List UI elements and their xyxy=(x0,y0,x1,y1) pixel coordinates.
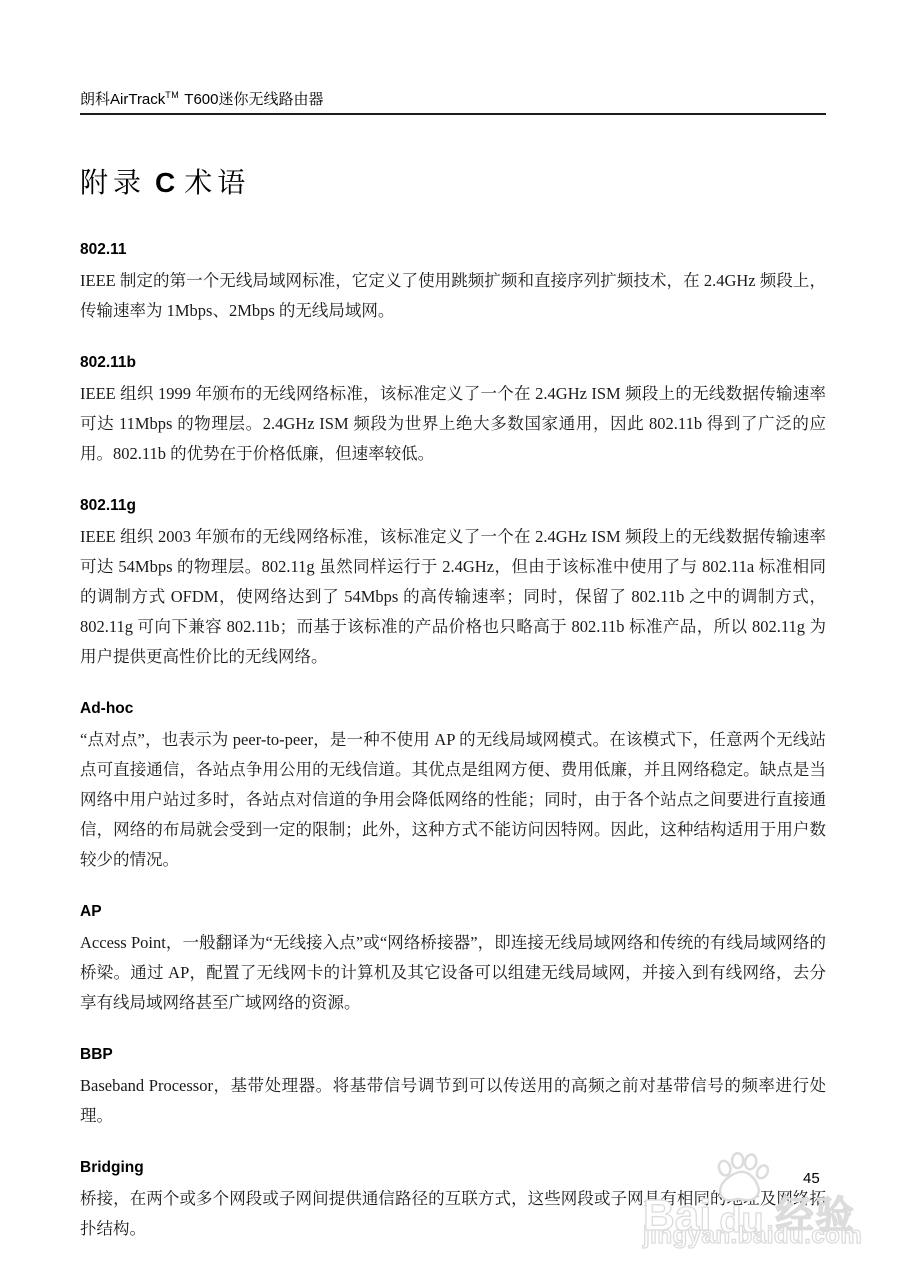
watermark-brand-cn: 经验 xyxy=(775,1195,855,1237)
glossary-section: 802.11g IEEE 组织 2003 年颁布的无线网络标准，该标准定义了一个… xyxy=(80,496,826,672)
trademark-symbol: TM xyxy=(165,90,179,100)
term-definition: IEEE 制定的第一个无线局域网标准，它定义了使用跳频扩频和直接序列扩频技术，在… xyxy=(80,266,826,326)
glossary-section: Ad-hoc “点对点”，也表示为 peer-to-peer，是一种不使用 AP… xyxy=(80,699,826,875)
glossary-section: BBP Baseband Processor，基带处理器。将基带信号调节到可以传… xyxy=(80,1045,826,1131)
term-definition: Baseband Processor，基带处理器。将基带信号调节到可以传送用的高… xyxy=(80,1071,826,1131)
glossary-section: 802.11 IEEE 制定的第一个无线局域网标准，它定义了使用跳频扩频和直接序… xyxy=(80,240,826,326)
baidu-paw-icon xyxy=(711,1152,773,1204)
term-definition: IEEE 组织 1999 年颁布的无线网络标准，该标准定义了一个在 2.4GHz… xyxy=(80,379,826,469)
glossary-section: 802.11b IEEE 组织 1999 年颁布的无线网络标准，该标准定义了一个… xyxy=(80,353,826,469)
watermark-brand: Bai du经验 xyxy=(643,1150,873,1214)
product-brand: 朗科AirTrack xyxy=(80,91,165,108)
watermark-brand-bai: Bai xyxy=(643,1191,711,1240)
term-definition: IEEE 组织 2003 年颁布的无线网络标准，该标准定义了一个在 2.4GHz… xyxy=(80,522,826,672)
term-definition: Access Point，一般翻译为“无线接入点”或“网络桥接器”，即连接无线局… xyxy=(80,928,826,1018)
glossary-sections: 802.11 IEEE 制定的第一个无线局域网标准，它定义了使用跳频扩频和直接序… xyxy=(80,240,826,1244)
term-heading: 802.11b xyxy=(80,353,826,373)
term-heading: Ad-hoc xyxy=(80,699,826,719)
appendix-title-suffix: 术语 xyxy=(184,168,250,199)
term-heading: BBP xyxy=(80,1045,826,1065)
watermark-brand-du: du xyxy=(719,1202,763,1238)
term-definition: “点对点”，也表示为 peer-to-peer，是一种不使用 AP 的无线局域网… xyxy=(80,725,826,875)
page-content: 朗科AirTrackTMT600迷你无线路由器 附录C术语 802.11 IEE… xyxy=(80,86,826,1244)
appendix-title: 附录C术语 xyxy=(80,165,826,202)
product-model: T600迷你无线路由器 xyxy=(184,91,323,108)
term-heading: 802.11 xyxy=(80,240,826,260)
appendix-letter: C xyxy=(155,167,175,198)
glossary-section: AP Access Point，一般翻译为“无线接入点”或“网络桥接器”，即连接… xyxy=(80,902,826,1018)
document-page: 朗科AirTrackTMT600迷你无线路由器 附录C术语 802.11 IEE… xyxy=(0,0,906,1280)
appendix-title-prefix: 附录 xyxy=(80,168,146,199)
term-heading: AP xyxy=(80,902,826,922)
baidu-watermark: Bai du经验 jingyan.baidu.com xyxy=(643,1150,873,1250)
page-number: 45 xyxy=(803,1170,820,1187)
term-heading: 802.11g xyxy=(80,496,826,516)
page-header: 朗科AirTrackTMT600迷你无线路由器 xyxy=(80,86,826,109)
header-divider xyxy=(80,113,826,115)
